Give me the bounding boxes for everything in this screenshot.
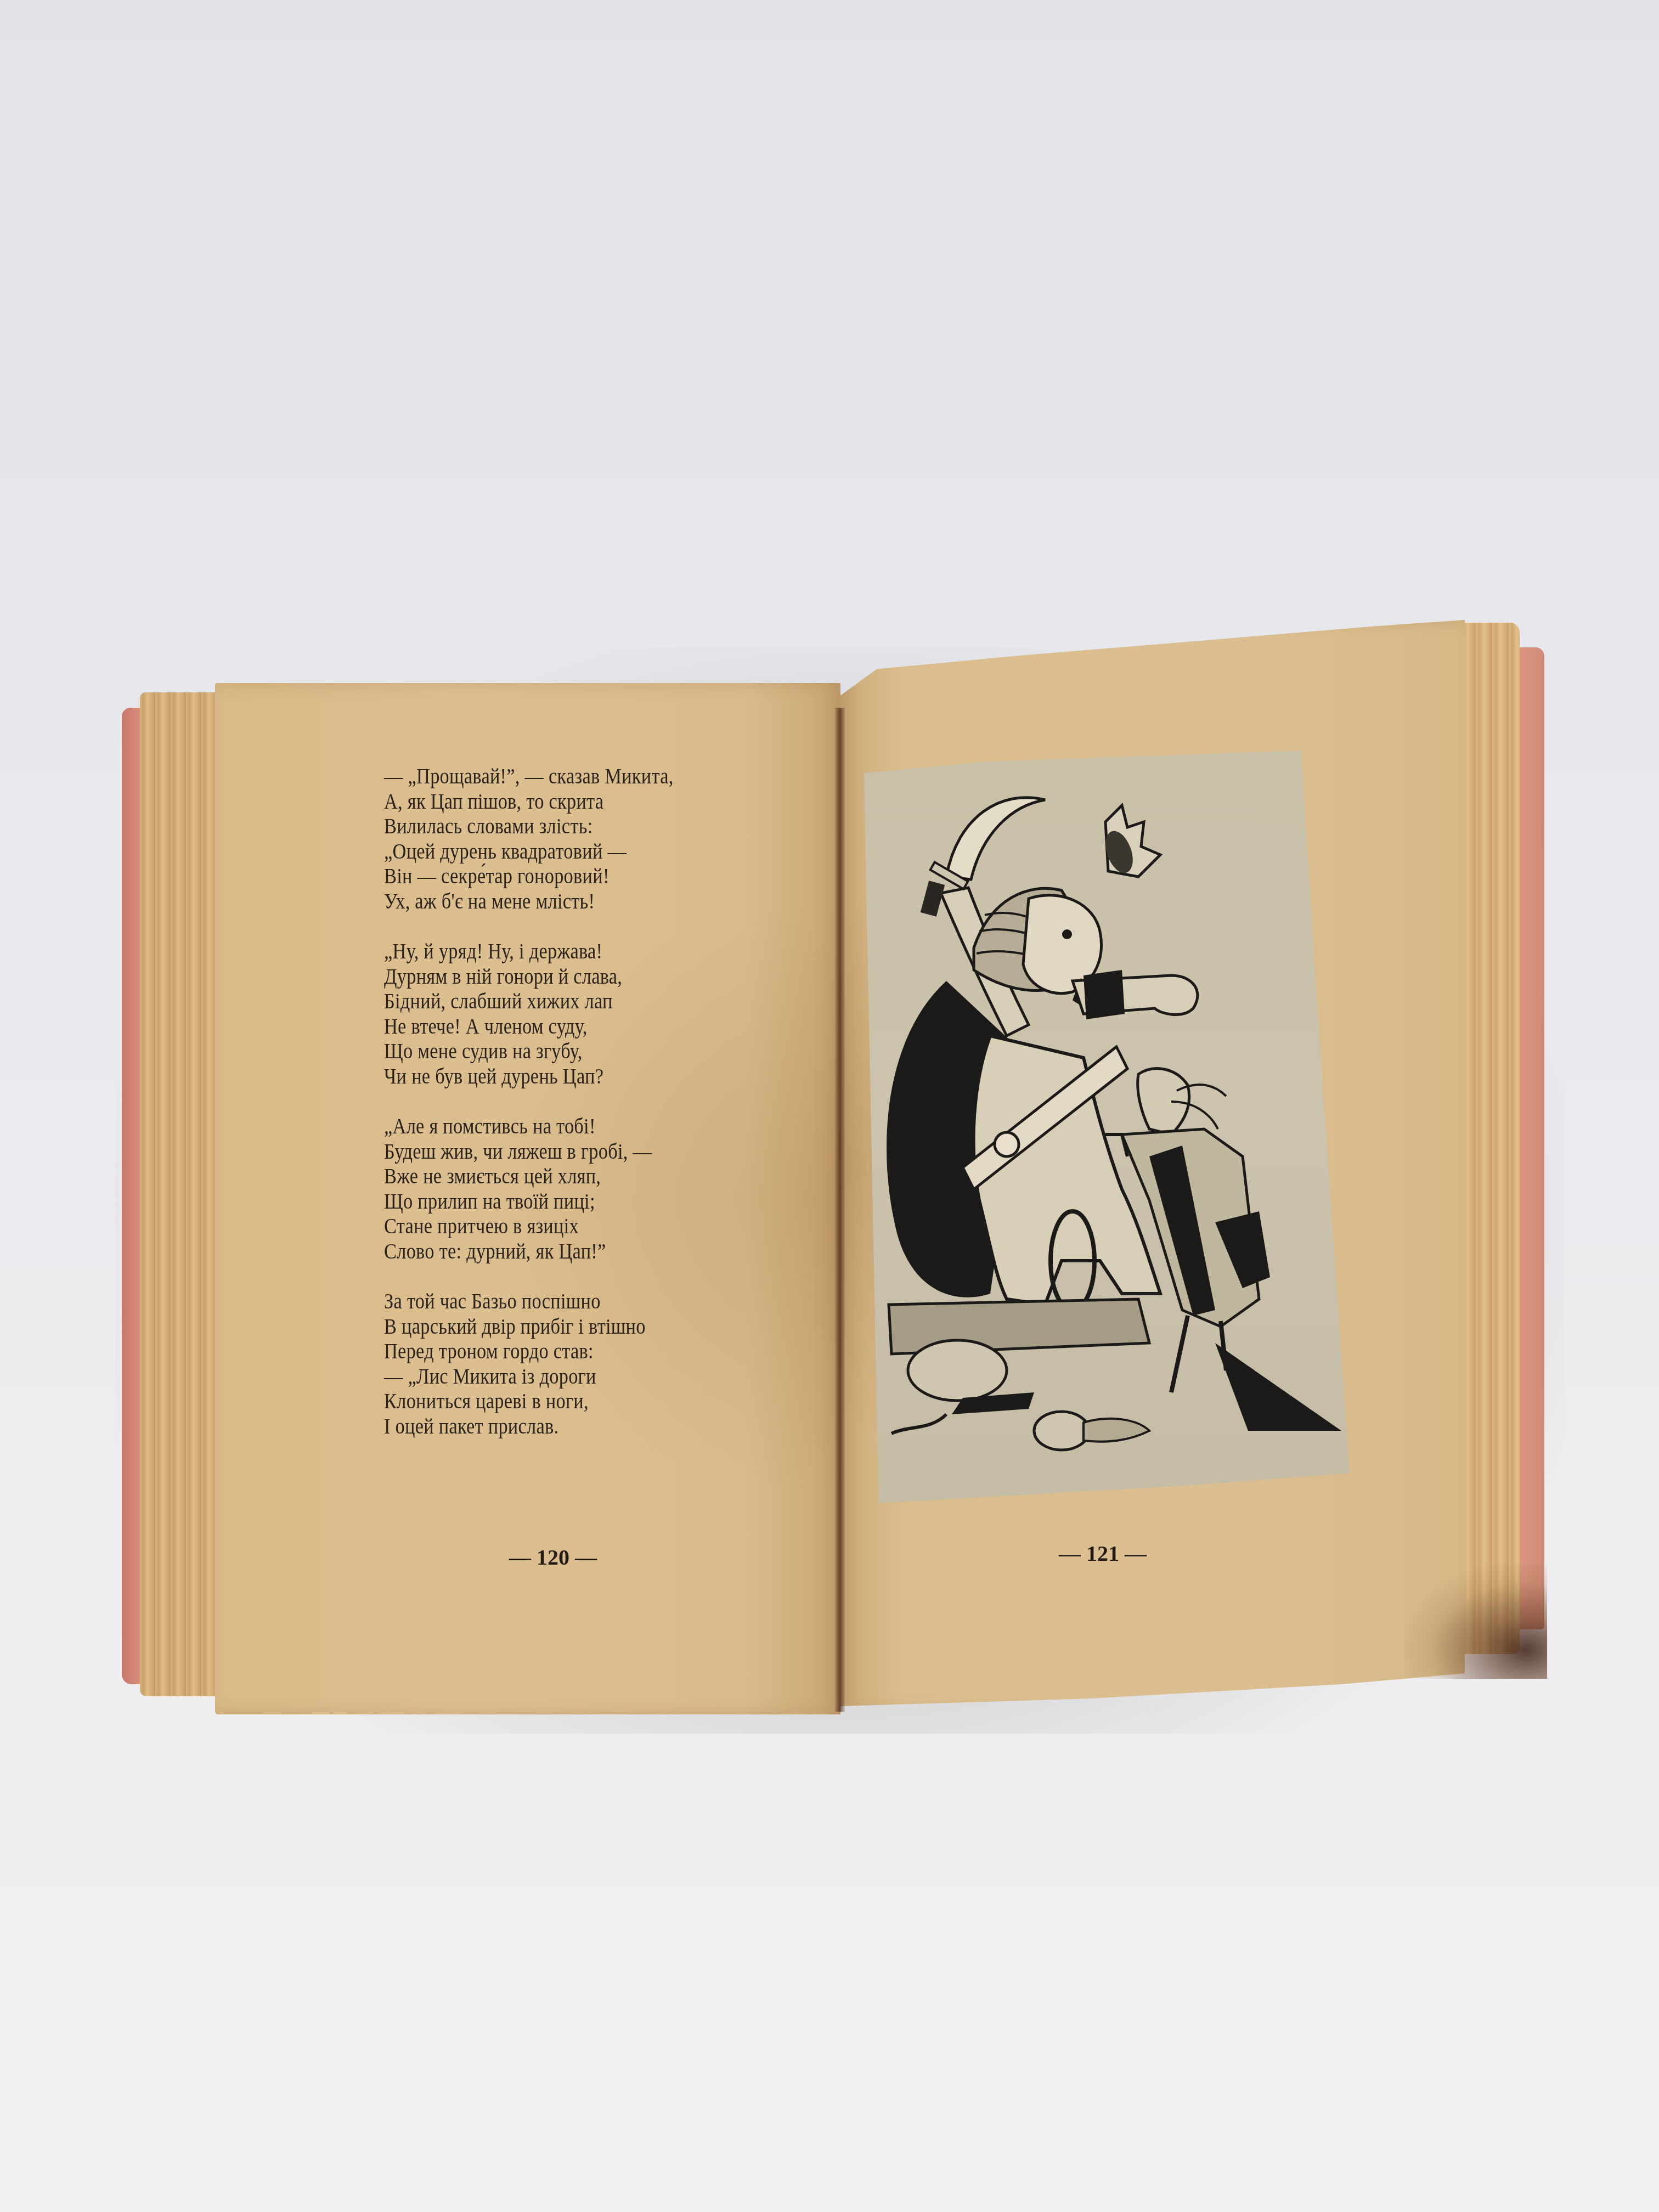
poem-line: Вилилась словами злість: <box>384 814 761 839</box>
poem-line: Дурням в ній гонори й слава, <box>384 964 761 989</box>
poem-line: Слово те: дурний, як Цап!” <box>384 1239 761 1264</box>
poem-line: Вже не змиється цей хляп, <box>384 1164 761 1189</box>
page-edges-left <box>140 692 222 1696</box>
poem-text: — „Прощавай!”, — сказав Микита, А, як Ца… <box>384 764 761 1464</box>
poem-line: Перед троном гордо став: <box>384 1339 761 1364</box>
page-number-right: — 121 — <box>1059 1541 1147 1566</box>
stanza-3: „Але я помстивсь на тобі! Будеш жив, чи … <box>384 1114 761 1263</box>
page-corner-stain <box>1404 1564 1547 1679</box>
stanza-2: „Ну, й уряд! Ну, і держава! Дурням в ній… <box>384 939 761 1088</box>
poem-line: Бідний, слабший хижих лап <box>384 989 761 1014</box>
poem-line: „Ну, й уряд! Ну, і держава! <box>384 939 761 964</box>
poem-line: Що прилип на твоїй пиці; <box>384 1189 761 1214</box>
poem-line: В царський двір прибіг і втішно <box>384 1314 761 1339</box>
poem-line: Будеш жив, чи ляжеш в гробі, — <box>384 1139 761 1164</box>
poem-line: Ух, аж б'є на мене млість! <box>384 889 761 914</box>
poem-line: За той час Базьо поспішно <box>384 1289 761 1314</box>
poem-line: Клониться цареві в ноги, <box>384 1389 761 1414</box>
stanza-1: — „Прощавай!”, — сказав Микита, А, як Ца… <box>384 764 761 913</box>
poem-line: — „Прощавай!”, — сказав Микита, <box>384 764 761 789</box>
page-number-left: — 120 — <box>509 1544 597 1570</box>
poem-line: Що мене судив на згубу, <box>384 1039 761 1064</box>
poem-line: „Але я помстивсь на тобі! <box>384 1114 761 1139</box>
crown-icon <box>1101 805 1160 877</box>
illustration-drawing <box>864 751 1350 1503</box>
poem-line: І оцей пакет прислав. <box>384 1414 761 1439</box>
stanza-4: За той час Базьо поспішно В царський дві… <box>384 1289 761 1438</box>
illustration <box>864 751 1350 1503</box>
poem-line: Чи не був цей дурень Цап? <box>384 1064 761 1089</box>
poem-line: Не втече! А членом суду, <box>384 1014 761 1039</box>
poem-line: — „Лис Микита із дороги <box>384 1364 761 1389</box>
book-gutter <box>835 708 845 1712</box>
poem-line: А, як Цап пішов, то скрита <box>384 789 761 814</box>
fallen-hare-icon <box>1034 1412 1149 1450</box>
poem-line: „Оцей дурень квадратовий — <box>384 839 761 864</box>
poem-line: Стане притчею в язиціх <box>384 1214 761 1239</box>
poem-line: Він — секре́тар гоноровий! <box>384 864 761 889</box>
